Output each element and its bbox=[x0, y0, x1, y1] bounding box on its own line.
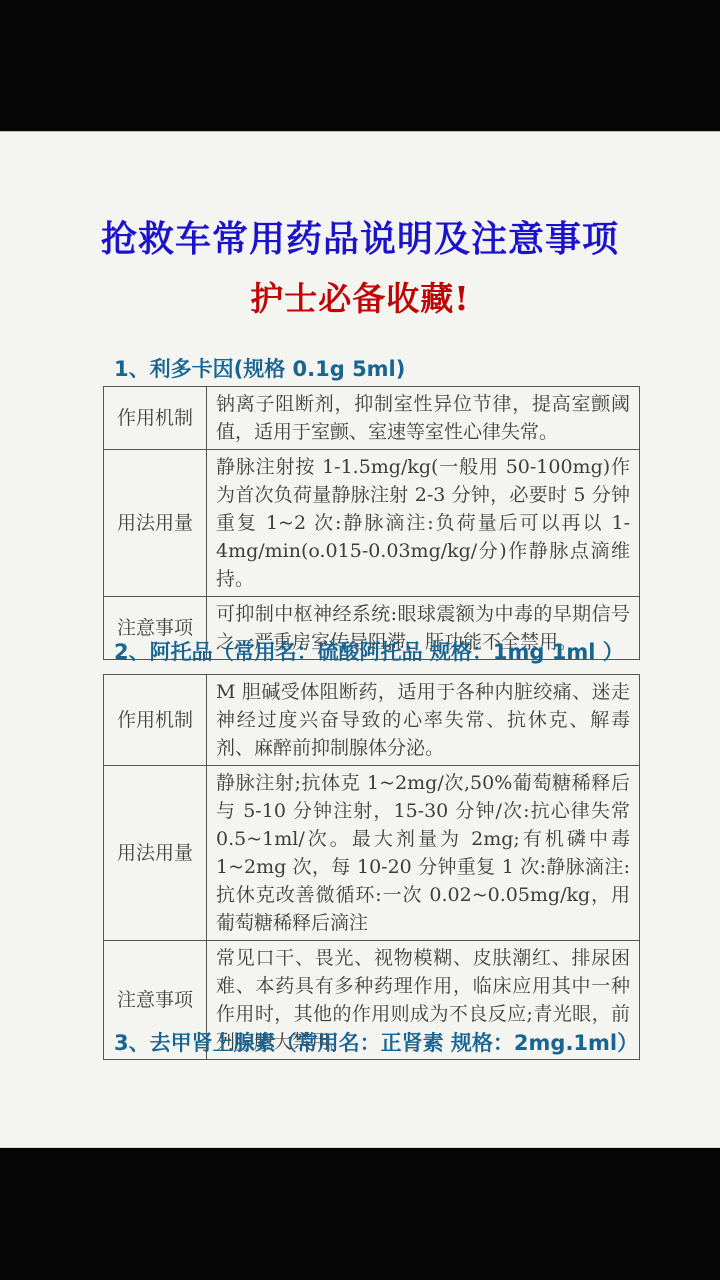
document-subtitle: 护士必备收藏! bbox=[0, 278, 720, 320]
table-row: 作用机制 M 胆碱受体阻断药，适用于各种内脏绞痛、迷走神经过度兴奋导致的心率失常… bbox=[104, 675, 640, 766]
row-label-dosage: 用法用量 bbox=[104, 766, 207, 941]
document-title: 抢救车常用药品说明及注意事项 bbox=[0, 216, 720, 262]
section-heading-lidocaine: 1、利多卡因(规格 0.1g 5ml) bbox=[114, 355, 654, 383]
atropine-table: 作用机制 M 胆碱受体阻断药，适用于各种内脏绞痛、迷走神经过度兴奋导致的心率失常… bbox=[103, 674, 640, 1060]
bottom-letterbox-bar bbox=[0, 1148, 720, 1280]
video-frame: 抢救车常用药品说明及注意事项 护士必备收藏! 1、利多卡因(规格 0.1g 5m… bbox=[0, 0, 720, 1280]
row-content-mechanism: 钠离子阻断剂，抑制室性异位节律，提高室颤阈值，适用于室颤、室速等室性心律失常。 bbox=[207, 387, 640, 450]
section-heading-norepinephrine: 3、去甲肾上腺素（常用名：正肾素 规格：2mg.1ml） bbox=[114, 1029, 654, 1057]
table-row: 用法用量 静脉注射按 1-1.5mg/kg(一般用 50-100mg)作为首次负… bbox=[104, 450, 640, 597]
table-row: 用法用量 静脉注射;抗体克 1~2mg/次,50%葡萄糖稀释后与 5-10 分钟… bbox=[104, 766, 640, 941]
lidocaine-table: 作用机制 钠离子阻断剂，抑制室性异位节律，提高室颤阈值，适用于室颤、室速等室性心… bbox=[103, 386, 640, 660]
row-label-dosage: 用法用量 bbox=[104, 450, 207, 597]
row-content-mechanism: M 胆碱受体阻断药，适用于各种内脏绞痛、迷走神经过度兴奋导致的心率失常、抗休克、… bbox=[207, 675, 640, 766]
document-page: 抢救车常用药品说明及注意事项 护士必备收藏! 1、利多卡因(规格 0.1g 5m… bbox=[0, 131, 720, 1148]
row-label-mechanism: 作用机制 bbox=[104, 675, 207, 766]
top-letterbox-bar bbox=[0, 0, 720, 131]
row-content-dosage: 静脉注射;抗体克 1~2mg/次,50%葡萄糖稀释后与 5-10 分钟注射，15… bbox=[207, 766, 640, 941]
table-row: 作用机制 钠离子阻断剂，抑制室性异位节律，提高室颤阈值，适用于室颤、室速等室性心… bbox=[104, 387, 640, 450]
section-heading-atropine: 2、阿托品（常用名：硫酸阿托品 规格：1mg 1ml ） bbox=[114, 638, 654, 666]
row-content-dosage: 静脉注射按 1-1.5mg/kg(一般用 50-100mg)作为首次负荷量静脉注… bbox=[207, 450, 640, 597]
row-label-mechanism: 作用机制 bbox=[104, 387, 207, 450]
